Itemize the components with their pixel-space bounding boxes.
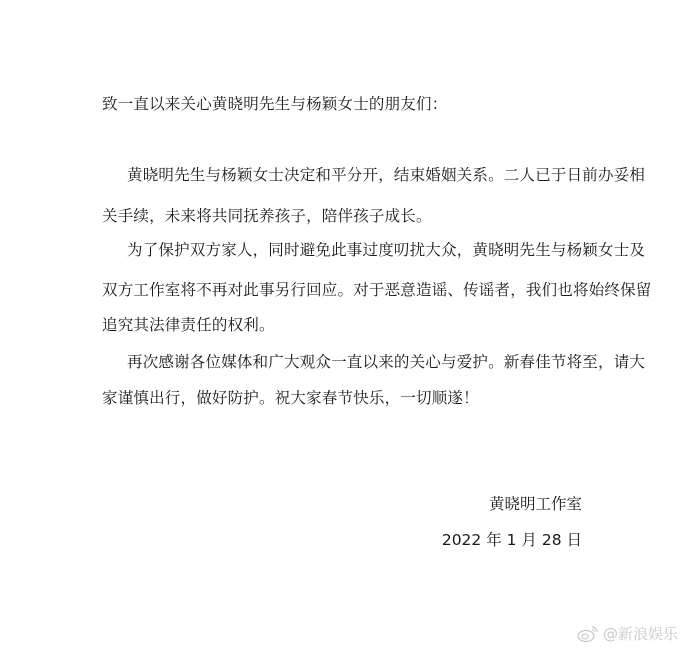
paragraph-2-line-1: 为了保护双方家人，同时避免此事过度叨扰大众，黄晓明先生与杨颖女士及 — [127, 238, 645, 260]
paragraph-1-line-1: 黄晓明先生与杨颖女士决定和平分开，结束婚姻关系。二人已于日前办妥相 — [127, 163, 645, 185]
paragraph-2-line-3: 追究其法律责任的权利。 — [102, 313, 275, 335]
watermark: @新浪娱乐 — [577, 623, 678, 644]
paragraph-3-line-2: 家谨慎出行，做好防护。祝大家春节快乐，一切顺遂！ — [102, 386, 479, 408]
signature-date: 2022 年 1 月 28 日 — [442, 528, 582, 550]
weibo-logo-icon — [577, 625, 599, 643]
statement-document: 致一直以来关心黄晓明先生与杨颖女士的朋友们： 黄晓明先生与杨颖女士决定和平分开，… — [0, 0, 690, 656]
greeting-line: 致一直以来关心黄晓明先生与杨颖女士的朋友们： — [102, 92, 447, 114]
paragraph-1-line-2: 关手续，未来将共同抚养孩子，陪伴孩子成长。 — [102, 204, 432, 226]
paragraph-3-line-1: 再次感谢各位媒体和广大观众一直以来的关心与爱护。新春佳节将至，请大 — [127, 350, 645, 372]
paragraph-2-line-2: 双方工作室将不再对此事另行回应。对于恶意造谣、传谣者，我们也将始终保留 — [102, 278, 652, 300]
signature-sender: 黄晓明工作室 — [489, 492, 582, 514]
watermark-text: @新浪娱乐 — [603, 623, 678, 644]
